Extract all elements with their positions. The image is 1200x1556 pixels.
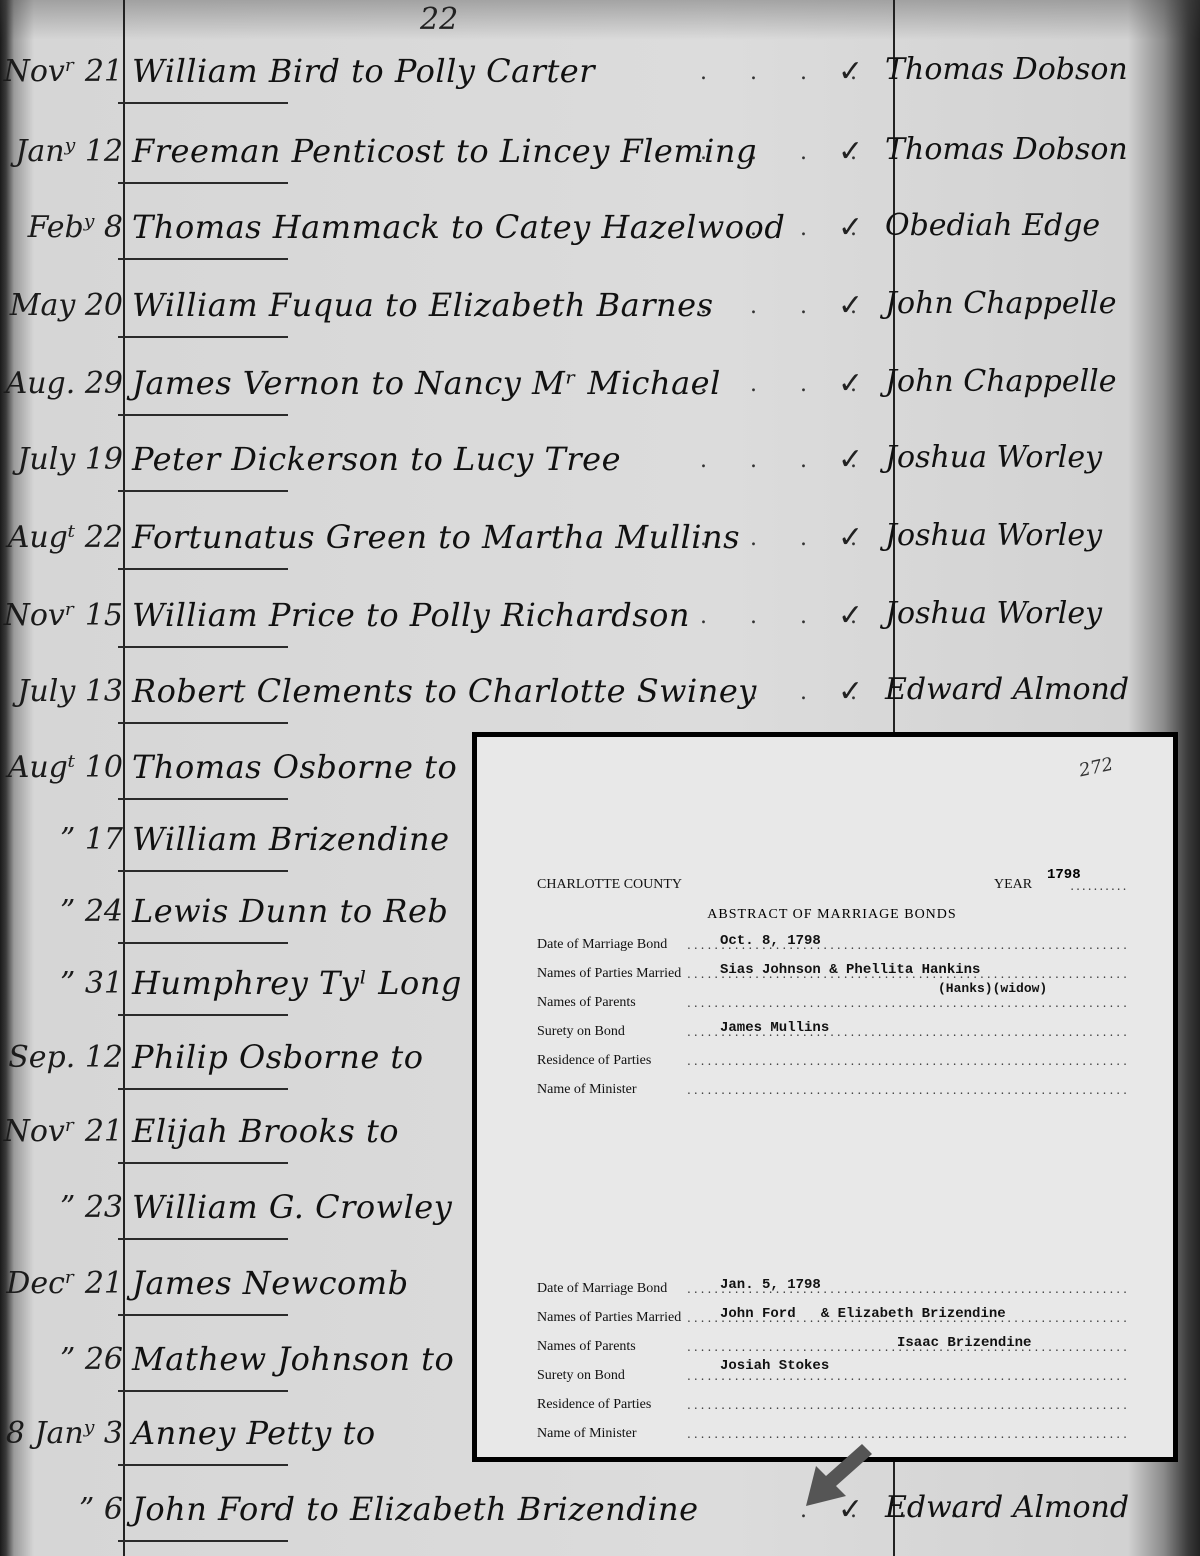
ledger-entry: May 20William Fuqua to Elizabeth Barnes.… (0, 274, 1200, 346)
entry-surety: Thomas Dobson (885, 52, 1128, 87)
entry-names: Humphrey Tyˡ Long to (132, 964, 506, 1002)
entry-rule (118, 1464, 288, 1466)
ledger-page-number: 22 (420, 2, 458, 37)
entry-rule (118, 1162, 288, 1164)
dot-leader: ........................................… (537, 1083, 1127, 1097)
entry-names: Anney Petty to (132, 1414, 376, 1452)
entry-rule (118, 942, 288, 944)
entry-date: May 20 (10, 288, 123, 323)
ledger-entry: Febʸ 8Thomas Hammack to Catey Hazelwood.… (0, 196, 1200, 268)
row-parties: Names of Parties Married ...............… (537, 1306, 1127, 1335)
entry-names: James Newcomb (132, 1264, 409, 1302)
entry-date: Novʳ 21 (4, 54, 123, 89)
abstract-of-marriage-bonds-card: 272 CHARLOTTE COUNTY YEAR 1798 .........… (472, 732, 1178, 1462)
entry-date: Augᵗ 22 (8, 520, 123, 555)
entry-surety: John Chappelle (885, 364, 1117, 399)
entry-names: William Brizendine (132, 820, 450, 858)
entry-rule (118, 870, 288, 872)
value-surety: James Mullins (720, 1020, 829, 1036)
row-surety: Surety on Bond .........................… (537, 1020, 1127, 1049)
entry-names: Thomas Hammack to Catey Hazelwood (132, 208, 785, 246)
row-parents: Names of Parents .......................… (537, 991, 1127, 1020)
ledger-entry: Augᵗ 22Fortunatus Green to Martha Mullin… (0, 506, 1200, 578)
entry-surety: Joshua Worley (885, 440, 1102, 475)
entry-rule (118, 646, 288, 648)
entry-surety: John Chappelle (885, 286, 1117, 321)
county-label: CHARLOTTE COUNTY (537, 877, 682, 893)
entry-names: Fortunatus Green to Martha Mullins (132, 518, 740, 556)
check-mark-icon: ✓ (838, 520, 863, 555)
check-mark-icon: ✓ (838, 598, 863, 633)
entry-rule (118, 568, 288, 570)
entry-date: Novʳ 21 (4, 1114, 123, 1149)
row-date: Date of Marriage Bond ..................… (537, 933, 1127, 962)
value-surety: Josiah Stokes (720, 1358, 829, 1374)
dot-leader: ........................................… (537, 1398, 1127, 1412)
dot-leader: ........................................… (537, 1427, 1127, 1441)
entry-date: ” 26 (60, 1342, 123, 1377)
row-date: Date of Marriage Bond ..................… (537, 1277, 1127, 1306)
entry-date: Decʳ 21 (6, 1266, 123, 1301)
row-residence: Residence of Parties ...................… (537, 1393, 1127, 1422)
dot-leader: ........................................… (537, 1025, 1127, 1039)
entry-rule (118, 258, 288, 260)
entry-names: James Vernon to Nancy Mʳ Michael (132, 364, 721, 402)
entry-names: William Bird to Polly Carter (132, 52, 595, 90)
row-residence: Residence of Parties ...................… (537, 1049, 1127, 1078)
ledger-entry: ” 6John Ford to Elizabeth Brizendine. . … (0, 1478, 1200, 1550)
check-mark-icon: ✓ (838, 134, 863, 169)
entry-names: Robert Clements to Charlotte Swiney (132, 672, 757, 710)
entry-names: Peter Dickerson to Lucy Tree (132, 440, 621, 478)
entry-date: ” 23 (60, 1190, 123, 1225)
dot-leader: ........................................… (537, 938, 1127, 952)
check-mark-icon: ✓ (838, 366, 863, 401)
check-mark-icon: ✓ (838, 54, 863, 89)
value-date: Oct. 8, 1798 (720, 933, 821, 949)
value-date: Jan. 5, 1798 (720, 1277, 821, 1293)
check-mark-icon: ✓ (838, 674, 863, 709)
form-header: CHARLOTTE COUNTY YEAR 1798 .......... (537, 877, 1127, 907)
abstract-form-1: CHARLOTTE COUNTY YEAR 1798 .......... AB… (537, 877, 1127, 1107)
entry-surety: Edward Almond (885, 1490, 1129, 1525)
entry-surety: Thomas Dobson (885, 132, 1128, 167)
ledger-entry: July 19Peter Dickerson to Lucy Tree. . .… (0, 428, 1200, 500)
check-mark-icon: ✓ (838, 288, 863, 323)
entry-rule (118, 182, 288, 184)
entry-date: Aug. 29 (6, 366, 123, 401)
row-parents: Names of Parents .......................… (537, 1335, 1127, 1364)
dot-leader: ........................................… (537, 1054, 1127, 1068)
entry-names: John Ford to Elizabeth Brizendine (132, 1490, 699, 1528)
entry-date: ” 31 (60, 966, 123, 1001)
entry-date: July 19 (17, 442, 123, 477)
card-page-note: 272 (1077, 754, 1115, 782)
value-parents: Isaac Brizendine (897, 1335, 1031, 1351)
entry-rule (118, 798, 288, 800)
entry-surety: Obediah Edge (885, 208, 1100, 243)
entry-names: Philip Osborne to (132, 1038, 424, 1076)
entry-date: Sep. 12 (8, 1040, 123, 1075)
entry-rule (118, 722, 288, 724)
entry-surety: Edward Almond (885, 672, 1129, 707)
entry-date: ” 6 (79, 1492, 123, 1527)
entry-date: 8 Janʸ 3 (6, 1416, 123, 1451)
check-mark-icon: ✓ (838, 210, 863, 245)
entry-rule (118, 1088, 288, 1090)
entry-rule (118, 1238, 288, 1240)
abstract-form-2: Date of Marriage Bond ..................… (537, 1277, 1127, 1451)
entry-date: Novʳ 15 (4, 598, 123, 633)
entry-date: Febʸ 8 (28, 210, 123, 245)
value-parties-note: (Hanks)(widow) (938, 981, 1047, 996)
dot-leader: ........................................… (537, 1340, 1127, 1354)
entry-names: William G. Crowley (132, 1188, 452, 1226)
row-minister: Name of Minister .......................… (537, 1078, 1127, 1107)
year-leader: .......... (1047, 879, 1128, 893)
dot-leader: ........................................… (537, 996, 1127, 1010)
arrow-pointer-icon (800, 1440, 875, 1510)
entry-rule (118, 1314, 288, 1316)
entry-date: Augᵗ 10 (8, 750, 123, 785)
entry-date: ” 17 (60, 822, 123, 857)
ledger-entry: July 13Robert Clements to Charlotte Swin… (0, 660, 1200, 732)
entry-surety: Joshua Worley (885, 596, 1102, 631)
value-parties: Sias Johnson & Phellita Hankins (720, 962, 980, 978)
entry-rule (118, 1540, 288, 1542)
entry-rule (118, 490, 288, 492)
entry-names: Freeman Penticost to Lincey Fleming (132, 132, 757, 170)
ledger-entry: Aug. 29James Vernon to Nancy Mʳ Michael.… (0, 352, 1200, 424)
entry-rule (118, 1390, 288, 1392)
entry-names: William Price to Polly Richardson (132, 596, 690, 634)
dot-leader: ........................................… (537, 1369, 1127, 1383)
value-parties: John Ford & Elizabeth Brizendine (720, 1306, 1006, 1322)
entry-rule (118, 414, 288, 416)
entry-surety: Joshua Worley (885, 518, 1102, 553)
row-surety: Surety on Bond .........................… (537, 1364, 1127, 1393)
entry-rule (118, 102, 288, 104)
entry-names: Mathew Johnson to (132, 1340, 454, 1378)
entry-rule (118, 1014, 288, 1016)
entry-names: Elijah Brooks to (132, 1112, 399, 1150)
ledger-entry: Novʳ 21William Bird to Polly Carter. . .… (0, 40, 1200, 112)
entry-names: William Fuqua to Elizabeth Barnes (132, 286, 714, 324)
form-title: ABSTRACT OF MARRIAGE BONDS (537, 907, 1127, 923)
entry-date: July 13 (17, 674, 123, 709)
ledger-entry: Novʳ 15William Price to Polly Richardson… (0, 584, 1200, 656)
year-label: YEAR (994, 877, 1032, 893)
entry-names: Thomas Osborne to (132, 748, 457, 786)
entry-date: Janʸ 12 (15, 134, 123, 169)
entry-rule (118, 336, 288, 338)
ledger-entry: Janʸ 12Freeman Penticost to Lincey Flemi… (0, 120, 1200, 192)
dot-leader: ........................................… (537, 1282, 1127, 1296)
check-mark-icon: ✓ (838, 442, 863, 477)
entry-names: Lewis Dunn to Reb (132, 892, 448, 930)
entry-date: ” 24 (60, 894, 123, 929)
